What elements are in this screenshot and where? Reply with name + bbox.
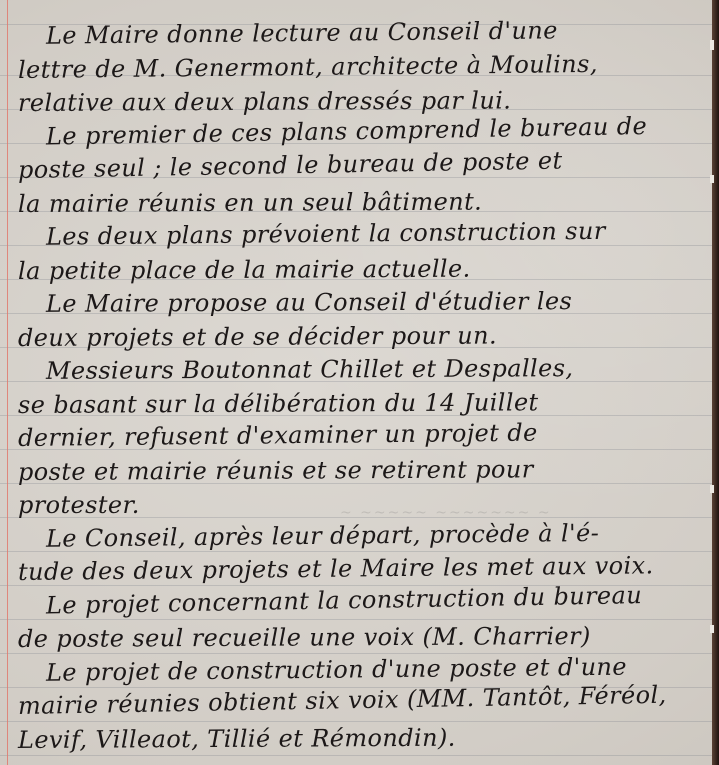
text-line: poste et mairie réunis et se retirent po… [18, 452, 693, 489]
text-line: lettre de M. Genermont, architecte à Mou… [18, 46, 693, 87]
red-margin-line [7, 0, 8, 765]
manuscript-text: Le Maire donne lecture au Conseil d'une … [18, 20, 693, 757]
text-line: dernier, refusent d'examiner un projet d… [18, 415, 693, 456]
binding-edge [712, 0, 719, 765]
paper-edge-notch [710, 625, 714, 633]
paper-edge-notch [710, 175, 714, 183]
text-line: la petite place de la mairie actuelle. [18, 251, 693, 288]
text-line: Messieurs Boutonnat Chillet et Despalles… [18, 351, 693, 388]
text-line: deux projets et de se décider pour un. [18, 318, 693, 355]
text-line: Levif, Villeaot, Tillié et Rémondin). [18, 720, 693, 757]
text-line: Le Maire propose au Conseil d'étudier le… [18, 284, 693, 321]
handwritten-page: ~ ~~~~~ ~~~~~~~ ~ Le Maire donne lecture… [0, 0, 712, 765]
paper-edge-notch [710, 485, 714, 493]
text-line: Les deux plans prévoient la construction… [18, 214, 693, 255]
paper-edge-notch [710, 40, 714, 50]
